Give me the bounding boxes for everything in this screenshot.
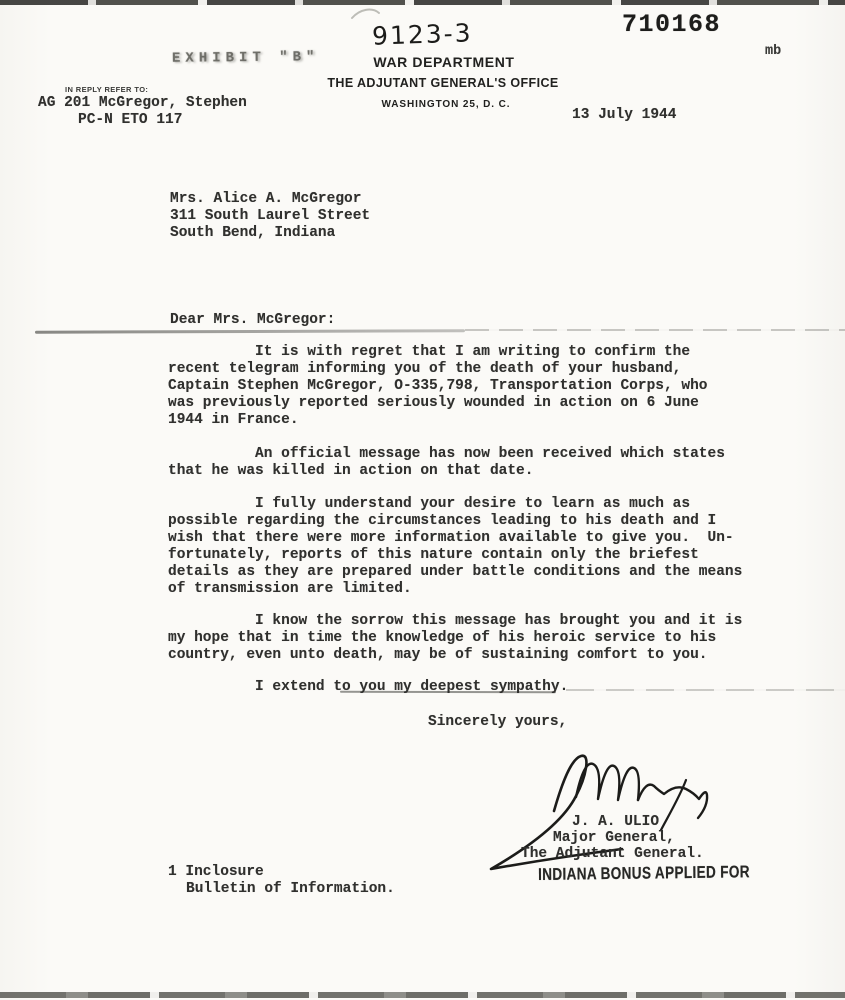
body-paragraph-4: I know the sorrow this message has broug… bbox=[168, 613, 778, 664]
stamped-case-number: 710168 bbox=[622, 10, 721, 39]
exhibit-stamp: EXHIBIT "B" bbox=[172, 49, 320, 67]
indiana-bonus-stamp: INDIANA BONUS APPLIED FOR bbox=[538, 862, 750, 885]
letterhead-office: THE ADJUTANT GENERAL'S OFFICE bbox=[327, 76, 558, 90]
file-reference-line1: AG 201 McGregor, Stephen bbox=[38, 95, 247, 112]
recipient-name: Mrs. Alice A. McGregor bbox=[170, 191, 361, 208]
reply-refer-label: IN REPLY REFER TO: bbox=[65, 85, 148, 94]
valediction: Sincerely yours, bbox=[428, 714, 567, 731]
body-paragraph-3: I fully understand your desire to learn … bbox=[168, 496, 778, 598]
signature-end-stroke bbox=[638, 785, 707, 818]
scanned-letter-page: 9123-3 710168 mb EXHIBIT "B" WAR DEPARTM… bbox=[0, 0, 845, 1000]
body-paragraph-2: An official message has now been receive… bbox=[168, 446, 778, 480]
recipient-street: 311 South Laurel Street bbox=[170, 208, 370, 225]
scan-smudge-line-right bbox=[465, 329, 845, 331]
body-paragraph-5: I extend to you my deepest sympathy. bbox=[168, 679, 778, 696]
enclosure-count: 1 Inclosure bbox=[168, 864, 264, 881]
letterhead-department: WAR DEPARTMENT bbox=[373, 54, 514, 70]
body-paragraph-1: It is with regret that I am writing to c… bbox=[168, 344, 778, 429]
pencil-squiggle bbox=[352, 10, 379, 18]
clerk-initials: mb bbox=[765, 43, 781, 60]
scan-edge-bottom-artifact bbox=[0, 992, 845, 998]
signature-descender-stroke bbox=[661, 780, 686, 830]
signer-name: J. A. ULIO bbox=[572, 814, 659, 831]
letterhead-location: WASHINGTON 25, D. C. bbox=[382, 99, 511, 110]
file-reference-line2: PC-N ETO 117 bbox=[78, 112, 182, 129]
signer-title: The Adjutant General. bbox=[521, 846, 704, 863]
letter-date: 13 July 1944 bbox=[572, 107, 676, 124]
enclosure-description: Bulletin of Information. bbox=[186, 881, 395, 898]
handwritten-file-number: 9123-3 bbox=[372, 18, 474, 50]
signature-loops-stroke bbox=[576, 764, 639, 800]
recipient-city: South Bend, Indiana bbox=[170, 225, 335, 242]
scan-edge-top-artifact bbox=[0, 0, 845, 5]
signer-rank: Major General, bbox=[553, 830, 675, 847]
salutation: Dear Mrs. McGregor: bbox=[170, 312, 335, 329]
scan-smudge-line-left bbox=[35, 329, 465, 334]
